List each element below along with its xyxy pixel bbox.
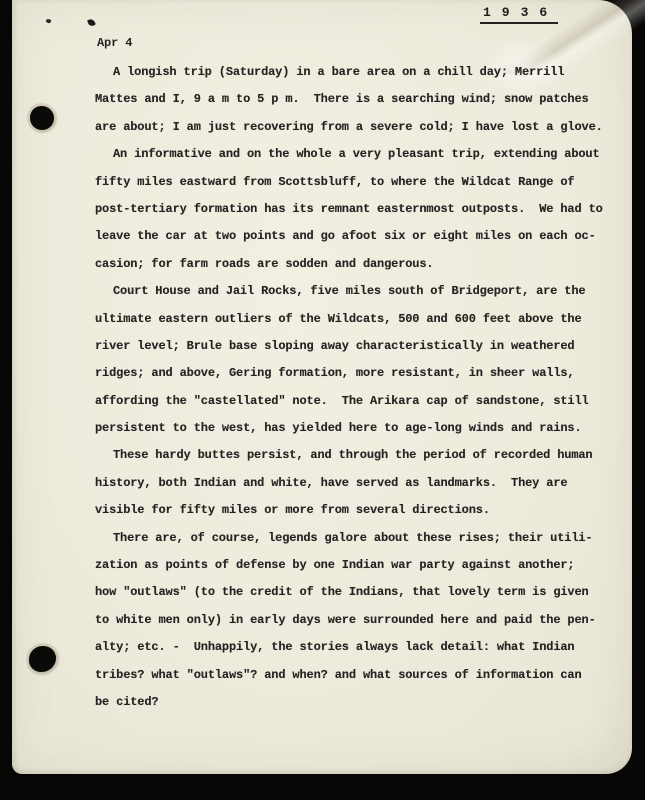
text-line: Court House and Jail Rocks, five miles s… — [95, 278, 625, 305]
text-line: zation as points of defense by one India… — [95, 552, 625, 579]
year-heading: 1936 — [480, 5, 558, 24]
text-line: visible for fifty miles or more from sev… — [95, 497, 625, 524]
text-line: ridges; and above, Gering formation, mor… — [95, 360, 625, 387]
text-line: how "outlaws" (to the credit of the Indi… — [95, 579, 625, 606]
ink-speck — [45, 18, 51, 24]
scanner-background: 1936 Apr 4 A longish trip (Saturday) in … — [0, 0, 645, 800]
text-line: Mattes and I, 9 a m to 5 p m. There is a… — [95, 86, 625, 113]
text-line: fifty miles eastward from Scottsbluff, t… — [95, 169, 625, 196]
text-line: alty; etc. - Unhappily, the stories alwa… — [95, 634, 625, 661]
text-line: A longish trip (Saturday) in a bare area… — [95, 59, 625, 86]
text-line: casion; for farm roads are sodden and da… — [95, 251, 625, 278]
entry-text: A longish trip (Saturday) in a bare area… — [95, 59, 625, 716]
text-line: be cited? — [95, 689, 625, 716]
text-line: persistent to the west, has yielded here… — [95, 415, 625, 442]
text-line: These hardy buttes persist, and through … — [95, 442, 625, 469]
journal-page: 1936 Apr 4 A longish trip (Saturday) in … — [12, 0, 632, 774]
text-line: An informative and on the whole a very p… — [95, 141, 625, 168]
ink-speck — [87, 18, 96, 27]
text-line: history, both Indian and white, have ser… — [95, 470, 625, 497]
entry-date: Apr 4 — [97, 36, 132, 50]
text-line: to white men only) in early days were su… — [95, 607, 625, 634]
text-line: are about; I am just recovering from a s… — [95, 114, 625, 141]
text-line: leave the car at two points and go afoot… — [95, 223, 625, 250]
text-line: affording the "castellated" note. The Ar… — [95, 388, 625, 415]
hole-punch-top — [30, 106, 54, 130]
text-line: tribes? what "outlaws"? and when? and wh… — [95, 662, 625, 689]
text-line: river level; Brule base sloping away cha… — [95, 333, 625, 360]
text-line: post-tertiary formation has its remnant … — [95, 196, 625, 223]
text-line: ultimate eastern outliers of the Wildcat… — [95, 306, 625, 333]
text-line: There are, of course, legends galore abo… — [95, 525, 625, 552]
